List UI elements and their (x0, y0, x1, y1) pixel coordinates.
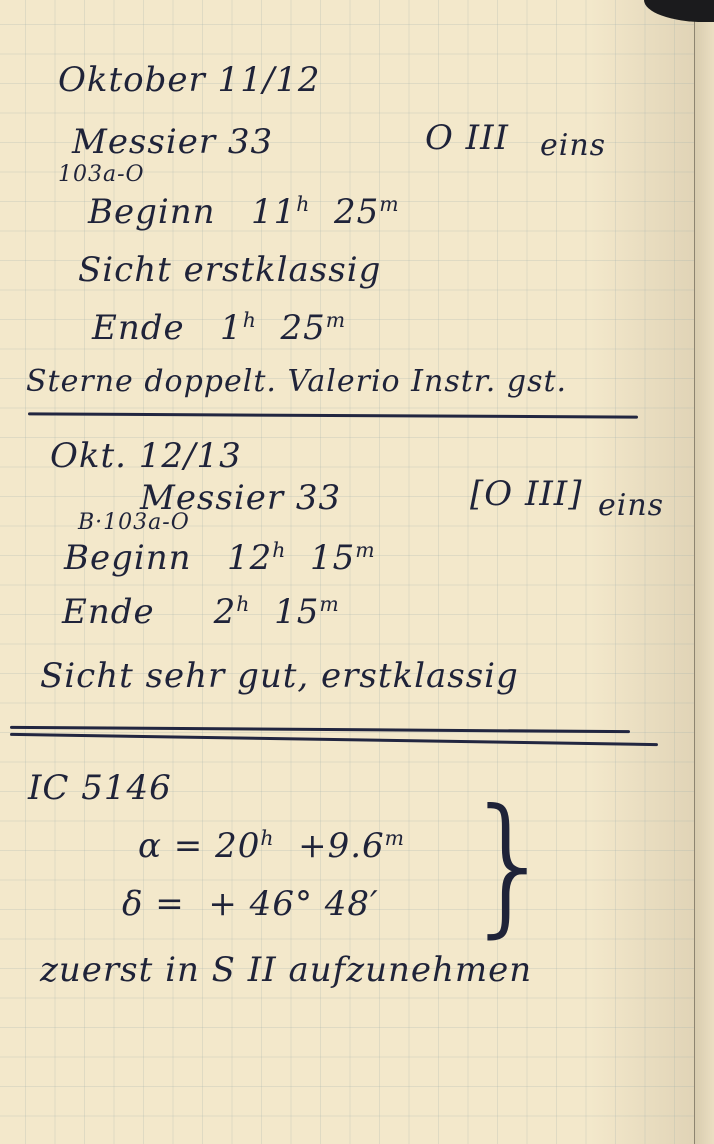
entry1-seeing: Sicht erstklassig (78, 250, 381, 290)
entry2-end-hour: 2 (214, 592, 237, 632)
entry1-end-hour: 1 (220, 308, 243, 348)
curly-brace: } (462, 790, 557, 940)
entry1-date: Oktober 11/12 (58, 60, 321, 100)
entry3-note: zuerst in S II aufzunehmen (40, 950, 532, 990)
entry1-start-min: 25 (334, 192, 379, 232)
ra-hours: 20 (215, 826, 260, 866)
entry1-start: Beginn 11h 25m (88, 192, 400, 232)
entry2-end-label: Ende (62, 592, 155, 632)
entry1-object: Messier 33 (72, 122, 273, 162)
dec-value: + 46° 48′ (208, 884, 378, 924)
entry2-start-hour: 12 (227, 538, 272, 578)
ra-minutes: +9.6 (298, 826, 385, 866)
entry2-seeing: Sicht sehr gut, erstklassig (40, 656, 519, 696)
entry3-ra: α = 20h +9.6m (138, 826, 405, 866)
entry1-filter-note: eins (540, 128, 606, 163)
entry1-start-label: Beginn (88, 192, 216, 232)
entry1-remark: Sterne doppelt. Valerio Instr. gst. (26, 364, 567, 399)
entry1-end-label: Ende (92, 308, 185, 348)
dec-label: δ = (122, 884, 185, 924)
entry1-plate: 103a-O (58, 162, 145, 187)
entry2-filter-note: eins (598, 488, 664, 523)
entry2-filter: [O III] (470, 474, 583, 514)
entry3-object: IC 5146 (28, 768, 172, 808)
entry2-start-min: 15 (310, 538, 355, 578)
entry3-dec: δ = + 46° 48′ (122, 884, 379, 924)
entry1-start-hour: 11 (251, 192, 296, 232)
page-edge (694, 0, 714, 1144)
entry2-start: Beginn 12h 15m (64, 538, 376, 578)
entry2-date: Okt. 12/13 (50, 436, 242, 476)
entry2-start-label: Beginn (64, 538, 192, 578)
entry1-filter: O III (425, 118, 509, 158)
entry1-end: Ende 1h 25m (92, 308, 346, 348)
entry2-end: Ende 2h 15m (62, 592, 340, 632)
entry1-end-min: 25 (280, 308, 325, 348)
ra-label: α = (138, 826, 203, 866)
entry2-plate: B·103a-O (78, 510, 190, 535)
entry2-end-min: 15 (274, 592, 319, 632)
